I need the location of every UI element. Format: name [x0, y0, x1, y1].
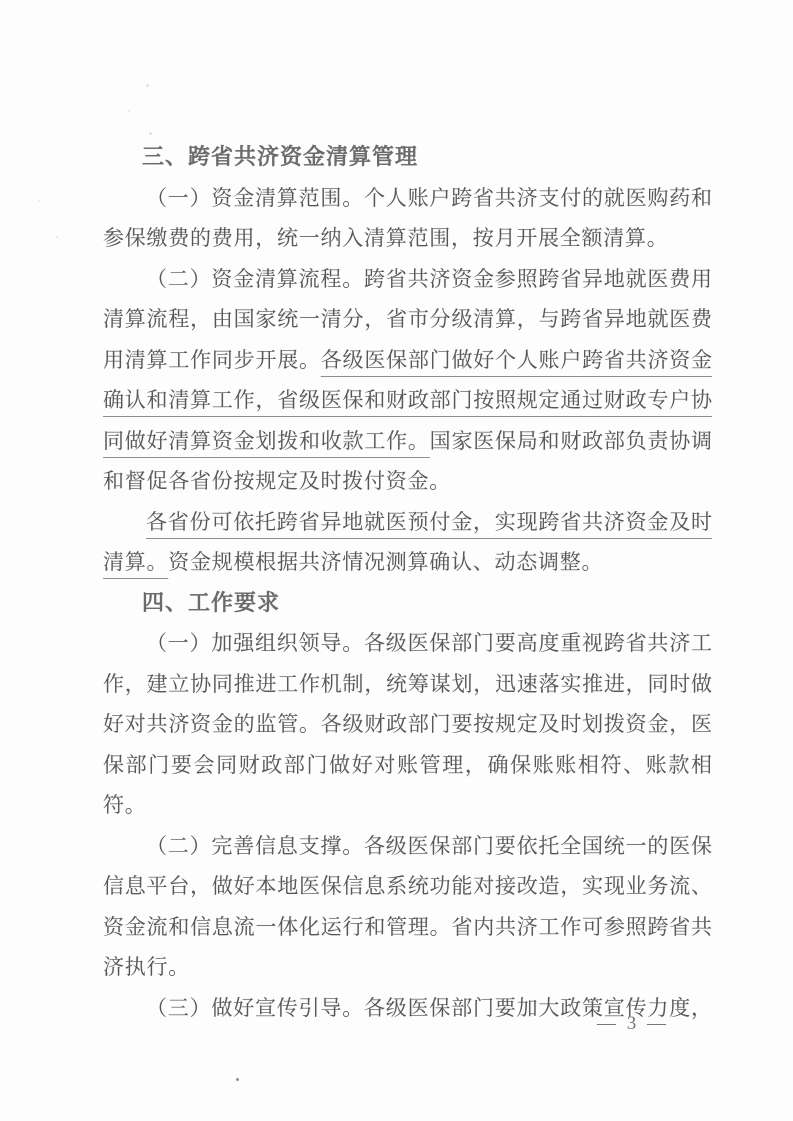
scan-speck	[149, 132, 152, 135]
text-line: 作，建立协同推进工作机制，统筹谋划，迅速落实推进，同时做	[103, 664, 712, 705]
text-segment: 济执行。	[103, 955, 190, 979]
text-line: 各省份可依托跨省异地就医预付金，实现跨省共济资金及时	[103, 502, 712, 543]
scan-speck	[236, 1078, 239, 1081]
scanned-document-page: 三、跨省共济资金清算管理（一）资金清算范围。个人账户跨省共济支付的就医购药和参保…	[0, 0, 793, 1121]
text-segment: 资金规模根据共济情况测算确认、动态调整。	[168, 550, 603, 574]
scan-speck	[56, 236, 58, 238]
text-line: 确认和清算工作，省级医保和财政部门按照规定通过财政专户协	[103, 380, 712, 421]
text-segment: 国家医保局和财政部负责协调	[430, 429, 712, 453]
underlined-text: 同做好清算资金划拨和收款工作。	[103, 429, 430, 453]
text-line: （二）完善信息支撑。各级医保部门要依托全国统一的医保	[103, 826, 712, 867]
text-segment: （一）资金清算范围。个人账户跨省共济支付的就医购药和	[146, 186, 712, 210]
text-line: 符。	[103, 785, 712, 826]
text-line: 信息平台，做好本地医保信息系统功能对接改造，实现业务流、	[103, 866, 712, 907]
section-heading: 三、跨省共济资金清算管理	[103, 137, 712, 178]
scan-speck	[146, 84, 149, 87]
text-line: （一）资金清算范围。个人账户跨省共济支付的就医购药和	[103, 178, 712, 219]
text-line: 用清算工作同步开展。各级医保部门做好个人账户跨省共济资金	[103, 340, 712, 381]
text-line: 资金流和信息流一体化运行和管理。省内共济工作可参照跨省共	[103, 907, 712, 948]
scan-speck	[38, 200, 40, 202]
text-segment: （一）加强组织领导。各级医保部门要高度重视跨省共济工	[146, 631, 712, 655]
text-segment: （二）完善信息支撑。各级医保部门要依托全国统一的医保	[146, 834, 712, 858]
section-heading: 四、工作要求	[103, 583, 712, 624]
text-segment: 参保缴费的费用，统一纳入清算范围，按月开展全额清算。	[103, 226, 669, 250]
text-line: 同做好清算资金划拨和收款工作。国家医保局和财政部负责协调	[103, 421, 712, 462]
text-line: 济执行。	[103, 947, 712, 988]
text-line: 和督促各省份按规定及时拨付资金。	[103, 461, 712, 502]
underlined-text: 各省份可依托跨省异地就医预付金，实现跨省共济资金及时	[146, 510, 712, 534]
text-line: 参保缴费的费用，统一纳入清算范围，按月开展全额清算。	[103, 218, 712, 259]
document-content: 三、跨省共济资金清算管理（一）资金清算范围。个人账户跨省共济支付的就医购药和参保…	[103, 137, 712, 1028]
text-segment: 作，建立协同推进工作机制，统筹谋划，迅速落实推进，同时做	[103, 672, 712, 696]
underlined-text: 确认和清算工作，省级医保和财政部门按照规定通过财政专户协	[103, 388, 712, 412]
text-line: 保部门要会同财政部门做好对账管理，确保账账相符、账款相	[103, 745, 712, 786]
text-segment: 保部门要会同财政部门做好对账管理，确保账账相符、账款相	[103, 753, 712, 777]
underlined-text: 各级医保部门做好个人账户跨省共济资金	[321, 348, 712, 372]
text-line: 清算流程，由国家统一清分，省市分级清算，与跨省异地就医费	[103, 299, 712, 340]
text-line: （一）加强组织领导。各级医保部门要高度重视跨省共济工	[103, 623, 712, 664]
page-number: — 3 —	[597, 1013, 669, 1035]
text-segment: 用清算工作同步开展。	[103, 348, 321, 372]
text-segment: 好对共济资金的监管。各级财政部门要按规定及时划拨资金，医	[103, 712, 712, 736]
scan-speck	[128, 110, 130, 112]
underlined-text: 清算。	[103, 550, 168, 574]
text-segment: 资金流和信息流一体化运行和管理。省内共济工作可参照跨省共	[103, 915, 712, 939]
text-segment: 和督促各省份按规定及时拨付资金。	[103, 469, 451, 493]
text-line: 好对共济资金的监管。各级财政部门要按规定及时划拨资金，医	[103, 704, 712, 745]
text-segment: （二）资金清算流程。跨省共济资金参照跨省异地就医费用	[146, 267, 712, 291]
text-segment: 信息平台，做好本地医保信息系统功能对接改造，实现业务流、	[103, 874, 712, 898]
text-line: 清算。资金规模根据共济情况测算确认、动态调整。	[103, 542, 712, 583]
text-segment: 符。	[103, 793, 147, 817]
text-segment: 清算流程，由国家统一清分，省市分级清算，与跨省异地就医费	[103, 307, 712, 331]
text-line: （二）资金清算流程。跨省共济资金参照跨省异地就医费用	[103, 259, 712, 300]
